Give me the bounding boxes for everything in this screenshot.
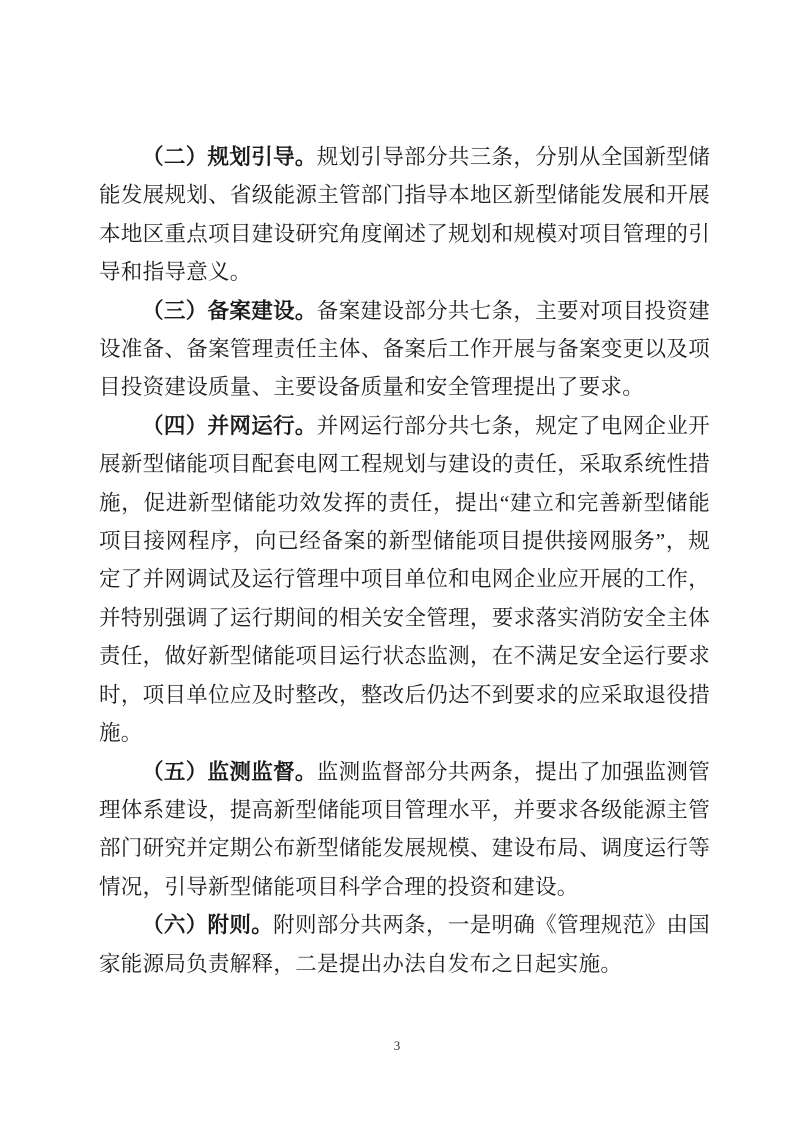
document-body: （二）规划引导。规划引导部分共三条，分别从全国新型储能发展规划、省级能源主管部门… <box>99 138 710 983</box>
document-page: （二）规划引导。规划引导部分共三条，分别从全国新型储能发展规划、省级能源主管部门… <box>0 0 794 1123</box>
section-paragraph: （三）备案建设。备案建设部分共七条，主要对项目投资建设准备、备案管理责任主体、备… <box>99 292 710 407</box>
page-number: 3 <box>0 1038 794 1054</box>
section-heading: （六）附则。 <box>142 913 273 937</box>
section-paragraph: （五）监测监督。监测监督部分共两条，提出了加强监测管理体系建设，提高新型储能项目… <box>99 753 710 907</box>
section-heading: （四）并网运行。 <box>142 414 317 438</box>
section-body-text: 并网运行部分共七条，规定了电网企业开展新型储能项目配套电网工程规划与建设的责任，… <box>99 414 710 745</box>
section-heading: （二）规划引导。 <box>142 145 317 169</box>
section-heading: （五）监测监督。 <box>142 760 317 784</box>
section-paragraph: （六）附则。附则部分共两条，一是明确《管理规范》由国家能源局负责解释，二是提出办… <box>99 906 710 983</box>
section-paragraph: （二）规划引导。规划引导部分共三条，分别从全国新型储能发展规划、省级能源主管部门… <box>99 138 710 292</box>
section-heading: （三）备案建设。 <box>142 299 317 323</box>
section-paragraph: （四）并网运行。并网运行部分共七条，规定了电网企业开展新型储能项目配套电网工程规… <box>99 407 710 753</box>
